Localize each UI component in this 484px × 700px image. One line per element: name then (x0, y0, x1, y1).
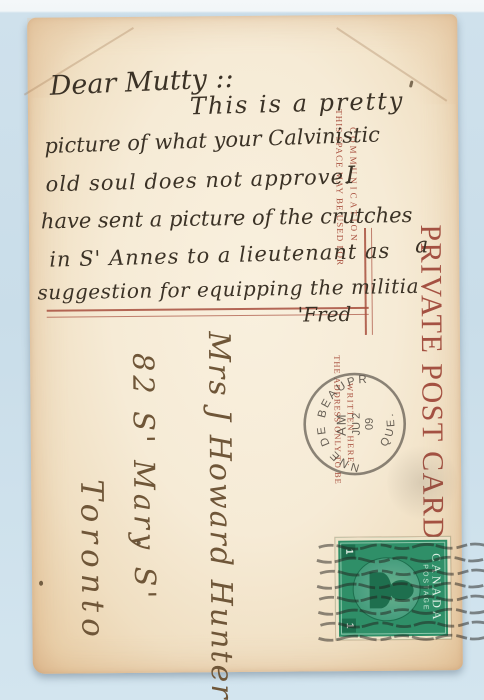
message-line-1: This is a pretty (190, 87, 405, 121)
address-line-city: Toronto (73, 479, 110, 643)
address-line-street: 82 S' Mary S' (126, 353, 162, 603)
address-line-name: Mrs J Howard Hunter (201, 331, 239, 700)
message-line-3b: I (345, 161, 355, 189)
postcard: THIS SPACE MAY BE USED FOR COMMUNICATION… (27, 14, 463, 674)
postmark-province-text: QUE. (378, 410, 398, 449)
message-line-5b: a (415, 233, 428, 258)
ink-speck (137, 541, 141, 545)
postmark-date-text: JU 2 (351, 413, 363, 436)
postcard-photo: THIS SPACE MAY BE USED FOR COMMUNICATION… (0, 0, 484, 700)
stamp-cancel-bars (315, 520, 484, 663)
postmark-year-text: 09 (364, 418, 376, 430)
message-line-5: in S' Annes to a lieutenant as (49, 239, 391, 272)
message-signature: 'Fred (298, 302, 352, 326)
postmark-meridiem-text: AM (334, 412, 349, 436)
ink-speck (39, 581, 43, 586)
message-line-6: suggestion for equipping the militia (37, 274, 419, 305)
svg-text:QUE.: QUE. (378, 410, 398, 449)
postmark: NNE DE BEAUPRE QUE. AM JU 2 09 (298, 368, 411, 481)
message-line-2: picture of what your Calvinistic (44, 122, 380, 158)
message-line-3: old soul does not approve. (45, 164, 352, 196)
